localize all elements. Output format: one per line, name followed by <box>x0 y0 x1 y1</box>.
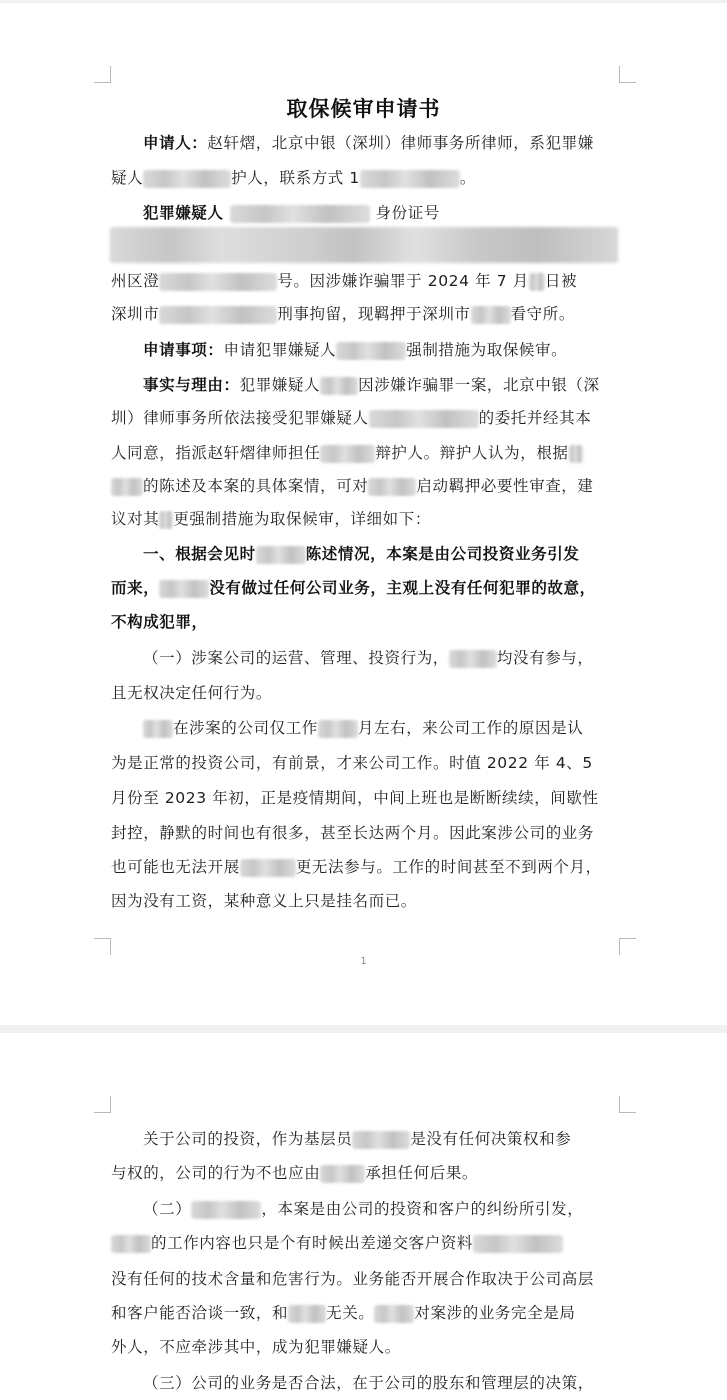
text: 陈述情况，本案是由公司投资业务引发 <box>306 545 580 563</box>
document-page-2[interactable]: 关于公司的投资，作为基层员是没有任何决策权和参 与权的，公司的行为不也应由承担任… <box>0 1033 727 1400</box>
text: 申请犯罪嫌疑人 <box>224 341 337 359</box>
text: 州区澄 <box>111 272 159 290</box>
paragraph-line: 月份至 2023 年初，正是疫情期间，中间上班也是断断续续，间歇性 <box>111 788 617 808</box>
redacted-name <box>240 859 296 877</box>
text: 的委托并经其本 <box>479 409 592 427</box>
redacted-name <box>143 170 231 188</box>
margin-corner-bottom-right <box>619 938 636 955</box>
label-applicant: 申请人： <box>143 134 207 152</box>
paragraph-line: 深圳市刑事拘留，现羁押于深圳市看守所。 <box>111 304 617 324</box>
text: 赵轩熠，北京中银（深圳）律师事务所律师，系犯罪嫌 <box>207 134 593 152</box>
paragraph-line: 关于公司的投资，作为基层员是没有任何决策权和参 <box>111 1129 649 1149</box>
redacted-authority <box>159 306 277 324</box>
paragraph-line: 且无权决定任何行为。 <box>111 683 617 703</box>
text: 更强制措施为取保候审，详细如下： <box>173 510 431 528</box>
label-suspect: 犯罪嫌疑人 <box>143 204 224 222</box>
text: 号。因涉嫌诈骗罪于 2024 年 7 月 <box>277 272 529 290</box>
redacted-name <box>369 410 479 428</box>
redacted-name <box>143 720 173 738</box>
text: 为是正常的投资公司，有前景，才来公司工作。时值 2022 年 4、5 <box>111 754 593 772</box>
paragraph-line: 圳）律师事务所依法接受犯罪嫌疑人的委托并经其本 <box>111 408 617 428</box>
redacted-name <box>374 1305 414 1323</box>
text: 刑事拘留，现羁押于深圳市 <box>277 305 470 323</box>
document-title: 取保候审申请书 <box>0 93 727 123</box>
text: 圳）律师事务所依法接受犯罪嫌疑人 <box>111 409 369 427</box>
redacted-address <box>159 273 277 291</box>
text: 也可能也无法开展 <box>111 858 240 876</box>
paragraph-line: 也可能也无法开展更无法参与。工作的时间甚至不到两个月， <box>111 857 617 877</box>
text: 更无法参与。工作的时间甚至不到两个月， <box>296 858 602 876</box>
text: 。 <box>460 169 476 187</box>
redacted-name <box>256 546 306 564</box>
text: 身份证号 <box>376 204 440 222</box>
text: 强制措施为取保候审。 <box>406 341 567 359</box>
text: 犯罪嫌疑人 <box>240 376 321 394</box>
text: （二） <box>143 1200 191 1218</box>
margin-corner-top-right <box>619 1096 636 1113</box>
text: 月左右，来公司工作的原因是认 <box>358 719 583 737</box>
text: 承担任何后果。 <box>365 1164 478 1182</box>
text: 且无权决定任何行为。 <box>111 684 272 702</box>
paragraph-line: 的工作内容也只是个有时候出差递交客户资料 <box>111 1233 617 1253</box>
paragraph-line: 外人，不应牵涉其中，成为犯罪嫌疑人。 <box>111 1337 617 1357</box>
text: 的陈述及本案的具体案情，可对 <box>143 477 368 495</box>
text: 的工作内容也只是个有时候出差递交客户资料 <box>151 1234 473 1252</box>
text: 因涉嫌诈骗罪一案，北京中银（深 <box>358 376 600 394</box>
text: 因为没有工资，某种意义上只是挂名而已。 <box>111 892 417 910</box>
margin-corner-bottom-left <box>94 938 111 955</box>
paragraph-line: 因为没有工资，某种意义上只是挂名而已。 <box>111 891 617 911</box>
paragraph-line: 和客户能否洽谈一致，和无关。对案涉的业务完全是局 <box>111 1303 617 1323</box>
paragraph-request: 申请事项：申请犯罪嫌疑人强制措施为取保候审。 <box>111 340 649 360</box>
redacted-name <box>320 377 358 395</box>
paragraph-applicant: 申请人：赵轩熠，北京中银（深圳）律师事务所律师，系犯罪嫌 <box>111 133 649 153</box>
text: （一）涉案公司的运营、管理、投资行为， <box>143 649 449 667</box>
page-separator <box>0 1025 727 1033</box>
redacted-name <box>569 445 583 463</box>
text: 启动羁押必要性审查，建 <box>416 477 593 495</box>
heading-section-1: 一、根据会见时陈述情况，本案是由公司投资业务引发 <box>111 544 649 564</box>
text: 在涉案的公司仅工作 <box>173 719 318 737</box>
text: 不构成犯罪， <box>111 613 208 631</box>
text: 月份至 2023 年初，正是疫情期间，中间上班也是断断续续，间歇性 <box>111 789 599 807</box>
text: 均没有参与， <box>497 649 594 667</box>
redacted-name <box>352 1131 410 1149</box>
text: 而来， <box>111 579 159 597</box>
redacted-name <box>449 650 497 668</box>
text: 没有做过任何公司业务，主观上没有任何犯罪的故意， <box>209 579 595 597</box>
paragraph-line: 封控，静默的时间也有很多，甚至长达两个月。因此案涉公司的业务 <box>111 823 617 843</box>
redacted-day <box>529 273 545 291</box>
text: 封控，静默的时间也有很多，甚至长达两个月。因此案涉公司的业务 <box>111 824 594 842</box>
paragraph-facts: 事实与理由：犯罪嫌疑人因涉嫌诈骗罪一案，北京中银（深 <box>111 375 649 395</box>
page-number: 1 <box>0 956 727 967</box>
redacted-char <box>159 511 173 529</box>
heading-section-1-end: 不构成犯罪， <box>111 612 617 632</box>
text: 和客户能否洽谈一致，和 <box>111 1304 288 1322</box>
redacted-name <box>111 478 143 496</box>
text: 议对其 <box>111 510 159 528</box>
subsection-3: （三）公司的业务是否合法，在于公司的股东和管理层的决策， <box>111 1373 649 1393</box>
redacted-name <box>336 342 406 360</box>
margin-corner-top-left <box>94 66 111 83</box>
redacted-id-number <box>110 227 618 263</box>
label-request: 申请事项： <box>143 341 224 359</box>
paragraph-line: 的陈述及本案的具体案情，可对启动羁押必要性审查，建 <box>111 476 617 496</box>
paragraph-line: 议对其更强制措施为取保候审，详细如下： <box>111 509 617 529</box>
redacted-name <box>288 1305 326 1323</box>
redacted-name <box>191 1201 261 1219</box>
margin-corner-top-right <box>619 66 636 83</box>
text: 关于公司的投资，作为基层员 <box>143 1130 352 1148</box>
text: 疑人 <box>111 169 143 187</box>
paragraph-suspect: 犯罪嫌疑人身份证号 <box>111 203 649 223</box>
text: 外人，不应牵涉其中，成为犯罪嫌疑人。 <box>111 1338 401 1356</box>
paragraph-line: 没有任何的技术含量和危害行为。业务能否开展合作取决于公司高层 <box>111 1269 617 1289</box>
text: 日被 <box>545 272 577 290</box>
redacted-suspect-info <box>230 205 370 223</box>
redacted-text <box>473 1235 563 1253</box>
redacted-name <box>320 445 375 463</box>
redacted-name <box>368 478 416 496</box>
text: （三）公司的业务是否合法，在于公司的股东和管理层的决策， <box>143 1374 594 1392</box>
redacted-duration <box>318 720 358 738</box>
paragraph-line: 与权的，公司的行为不也应由承担任何后果。 <box>111 1163 617 1183</box>
document-page-1[interactable]: 取保候审申请书 申请人：赵轩熠，北京中银（深圳）律师事务所律师，系犯罪嫌 疑人护… <box>0 3 727 1025</box>
paragraph-line: 人同意，指派赵轩熠律师担任辩护人。辩护人认为，根据 <box>111 443 617 463</box>
redacted-detention-center <box>471 306 511 324</box>
text: 人同意，指派赵轩熠律师担任 <box>111 444 320 462</box>
text: 看守所。 <box>511 305 575 323</box>
paragraph-line: 疑人护人，联系方式 1。 <box>111 168 617 188</box>
margin-corner-top-left <box>94 1096 111 1113</box>
text: 一、根据会见时 <box>143 545 256 563</box>
text: 无关。 <box>326 1304 374 1322</box>
text: ，本案是由公司的投资和客户的纠纷所引发， <box>261 1200 583 1218</box>
text: 与权的，公司的行为不也应由 <box>111 1164 320 1182</box>
paragraph-line: 在涉案的公司仅工作月左右，来公司工作的原因是认 <box>111 718 617 738</box>
heading-section-1-cont: 而来，没有做过任何公司业务，主观上没有任何犯罪的故意， <box>111 578 617 598</box>
text: 是没有任何决策权和参 <box>410 1130 571 1148</box>
paragraph-line: 为是正常的投资公司，有前景，才来公司工作。时值 2022 年 4、5 <box>111 753 617 773</box>
subsection-2: （二），本案是由公司的投资和客户的纠纷所引发， <box>111 1199 649 1219</box>
label-facts: 事实与理由： <box>143 376 240 394</box>
text: 没有任何的技术含量和危害行为。业务能否开展合作取决于公司高层 <box>111 1270 594 1288</box>
text: 辩护人。辩护人认为，根据 <box>375 444 568 462</box>
subsection-1: （一）涉案公司的运营、管理、投资行为，均没有参与， <box>111 648 649 668</box>
redacted-name <box>159 580 209 598</box>
redacted-phone <box>360 170 460 188</box>
text: 护人，联系方式 1 <box>231 169 360 187</box>
redacted-name <box>111 1235 151 1253</box>
text: 对案涉的业务完全是局 <box>414 1304 575 1322</box>
text: 深圳市 <box>111 305 159 323</box>
paragraph-line: 州区澄号。因涉嫌诈骗罪于 2024 年 7 月日被 <box>111 271 617 291</box>
redacted-name <box>320 1165 365 1183</box>
